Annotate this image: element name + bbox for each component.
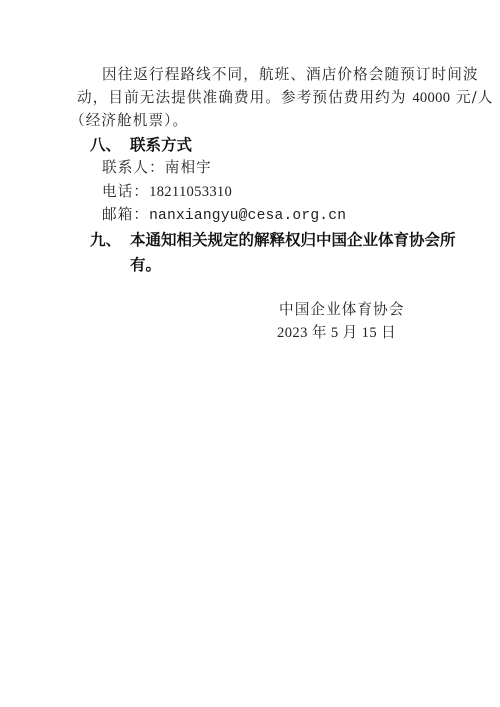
cost-unit: 元/人 [450, 89, 493, 106]
phone-number: 18211053310 [149, 184, 232, 200]
cost-paragraph-text: 动，目前无法提供准确费用。参考预估费用约为 [77, 89, 412, 106]
section-9-line-2: 有。 [130, 255, 161, 275]
cost-paragraph-line-3: （经济舱机票）。 [70, 111, 188, 131]
section-9-line-1: 九、本通知相关规定的解释权归中国企业体育协会所 [90, 230, 456, 250]
contact-person-label: 联系人： [102, 159, 165, 176]
signature-organization: 中国企业体育协会 [279, 300, 405, 320]
section-8-title: 联系方式 [130, 136, 192, 154]
phone-row: 电话：18211053310 [102, 182, 232, 202]
contact-person-row: 联系人：南相宇 [102, 158, 212, 178]
contact-person-name: 南相宇 [165, 159, 212, 176]
email-label: 邮箱： [102, 206, 149, 223]
phone-label: 电话： [102, 183, 149, 200]
section-9-text: 本通知相关规定的解释权归中国企业体育协会所 [130, 231, 456, 249]
estimated-cost-amount: 40000 [412, 90, 450, 106]
signature-date: 2023 年 5 月 15 日 [277, 323, 396, 343]
cost-paragraph-line-2: 动，目前无法提供准确费用。参考预估费用约为 40000 元/人 [77, 88, 493, 108]
section-8-number: 八、 [90, 135, 130, 155]
email-address: nanxiangyu@cesa.org.cn [149, 208, 346, 224]
email-row: 邮箱：nanxiangyu@cesa.org.cn [102, 205, 346, 226]
document-page: 因往返行程路线不同，航班、酒店价格会随预订时间波 动，目前无法提供准确费用。参考… [0, 0, 500, 707]
section-8-heading: 八、联系方式 [90, 135, 192, 155]
section-9-number: 九、 [90, 230, 130, 250]
cost-paragraph-line-1: 因往返行程路线不同，航班、酒店价格会随预订时间波 [102, 65, 479, 85]
